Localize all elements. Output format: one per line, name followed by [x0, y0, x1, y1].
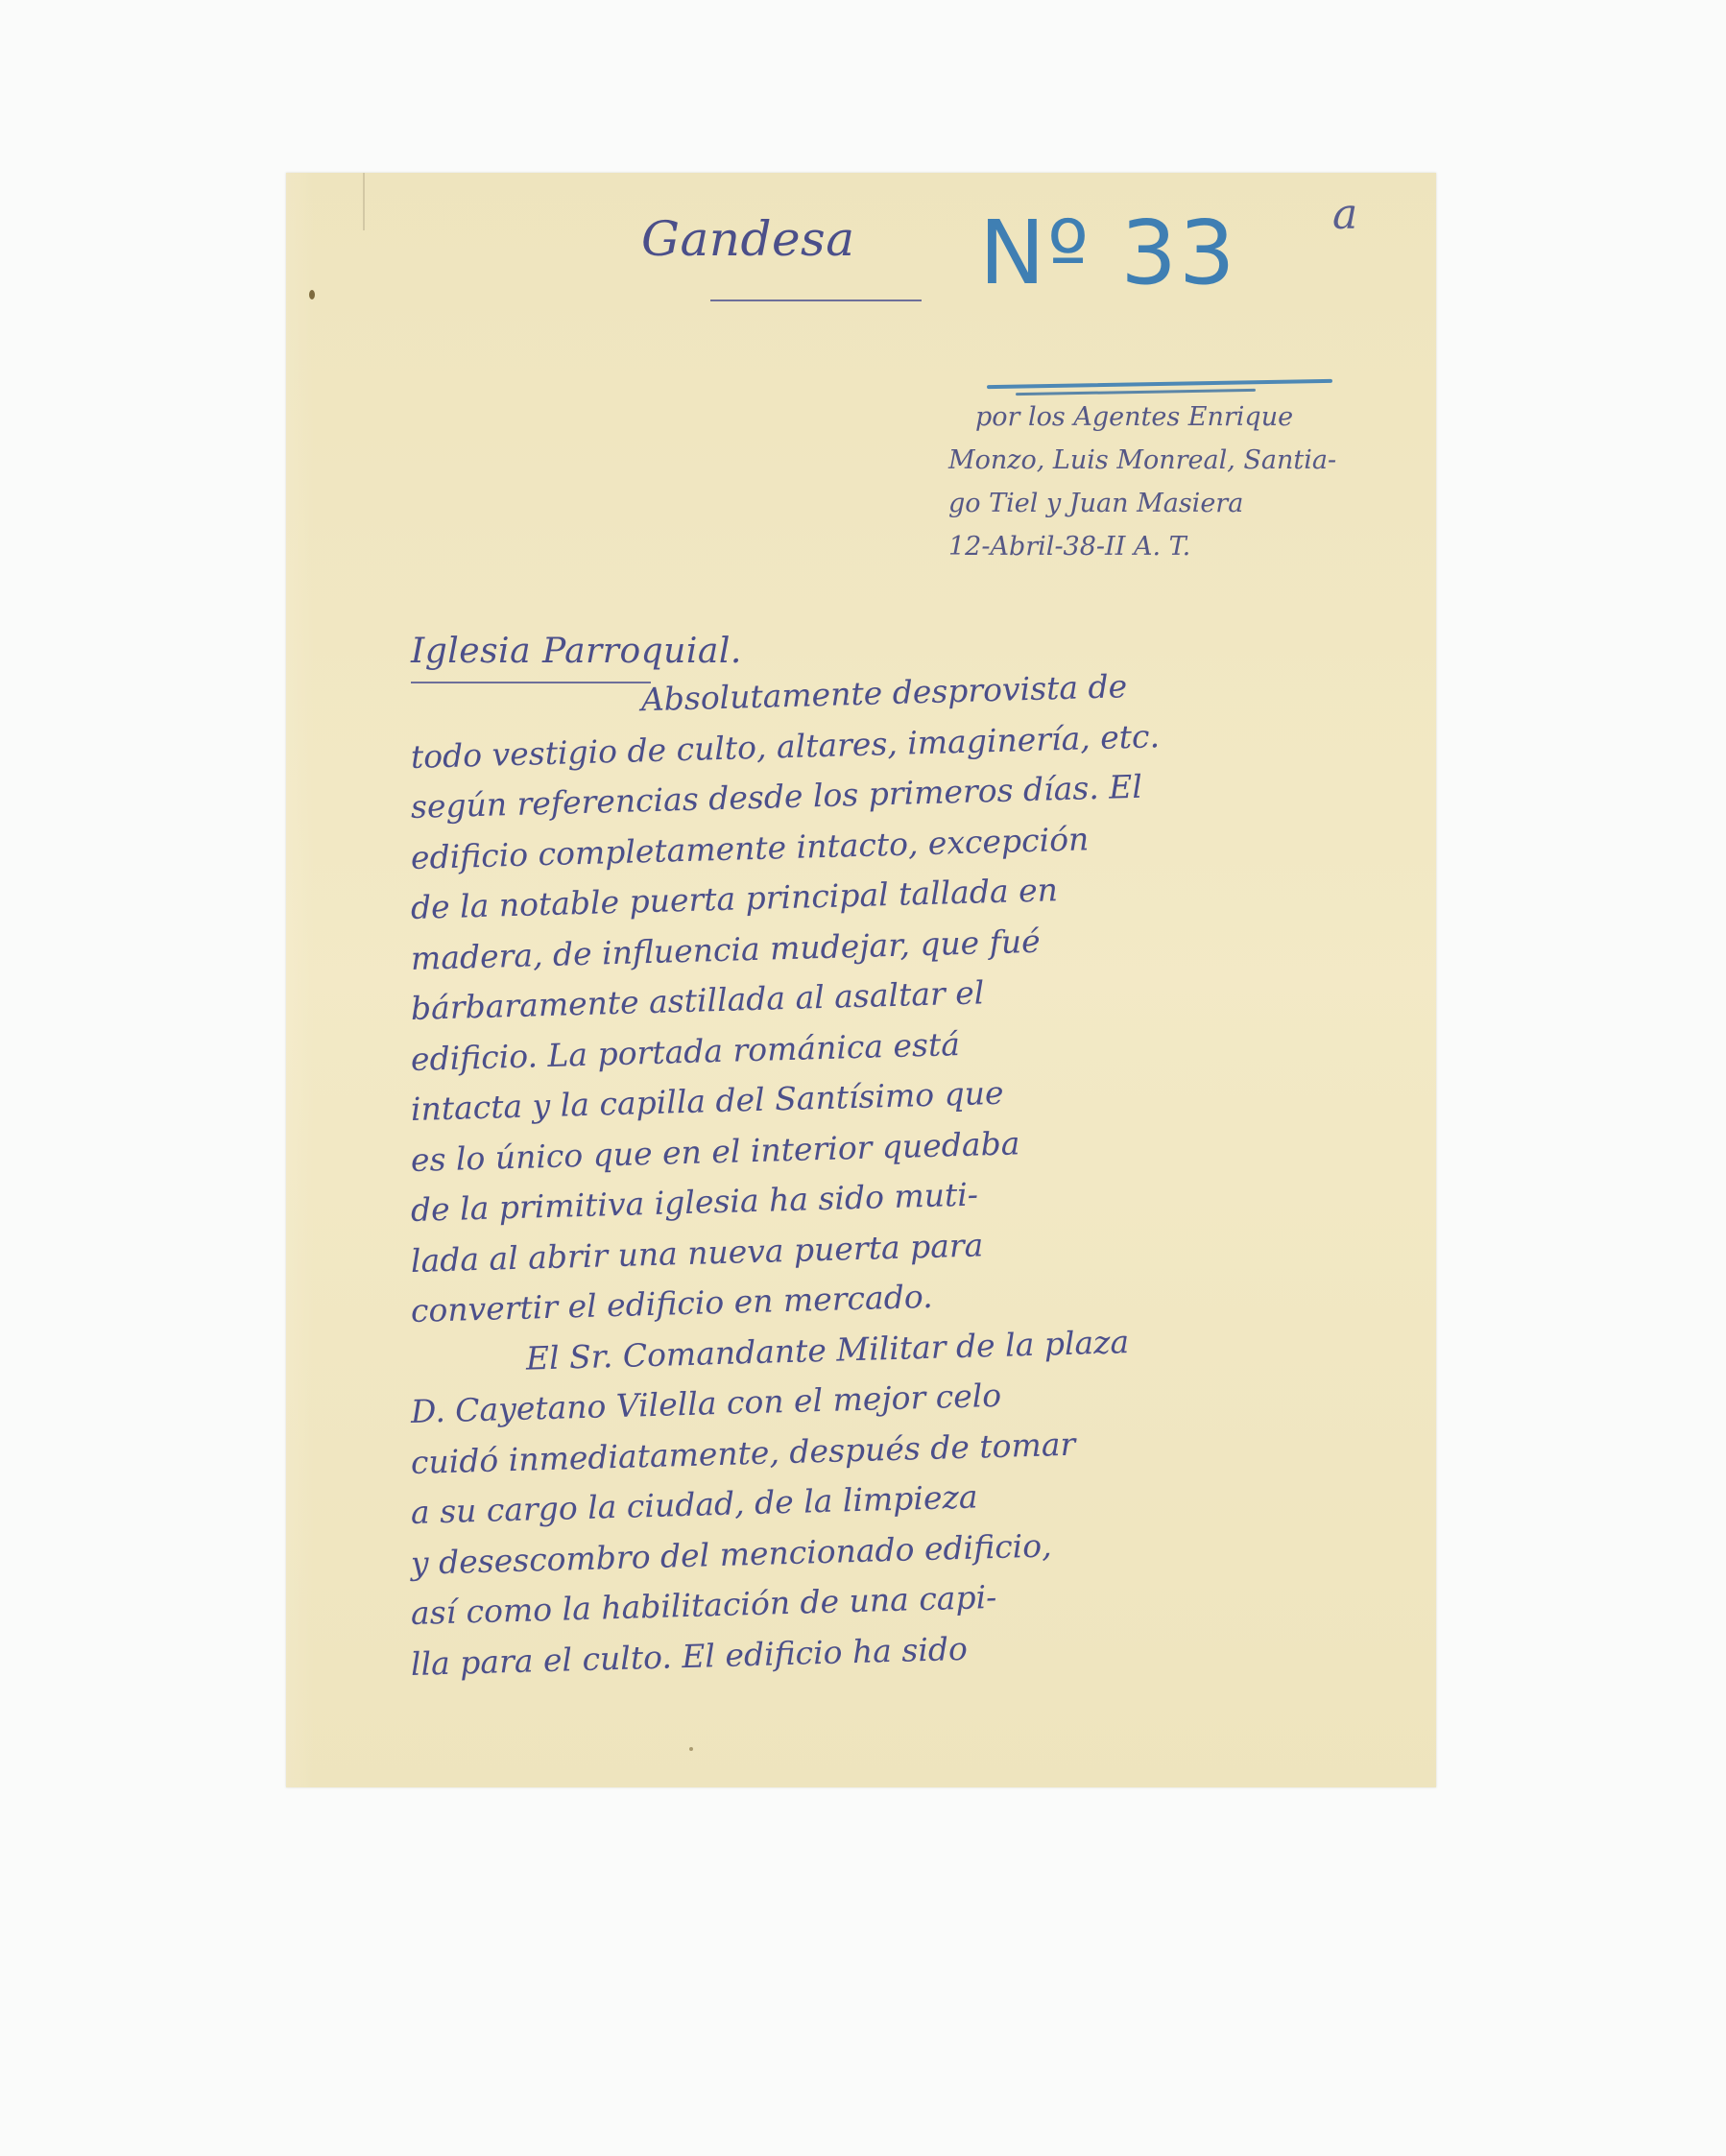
paper-crease — [363, 173, 365, 230]
place-underline — [710, 299, 922, 301]
document-sheet: Gandesa Nº 33 a por los Agentes Enrique … — [286, 173, 1436, 1787]
document-number-suffix: a — [1332, 190, 1358, 239]
place-name: Gandesa — [641, 211, 855, 267]
body-text: Absolutamente desprovista de todo vestig… — [411, 682, 1428, 1689]
agents-note-line: por los Agentes Enrique — [948, 395, 1400, 439]
agents-note-date: 12-Abril-38-II A. T. — [948, 525, 1400, 568]
document-number: Nº 33 — [979, 202, 1236, 304]
section-heading: Iglesia Parroquial. — [411, 632, 742, 671]
paper-speck — [689, 1747, 693, 1751]
agents-note: por los Agentes Enrique Monzo, Luis Monr… — [948, 395, 1400, 568]
agents-note-line: Monzo, Luis Monreal, Santia- — [948, 439, 1400, 482]
agents-note-line: go Tiel y Juan Masiera — [948, 482, 1400, 525]
number-underline — [987, 379, 1332, 389]
paper-stain — [309, 290, 315, 299]
